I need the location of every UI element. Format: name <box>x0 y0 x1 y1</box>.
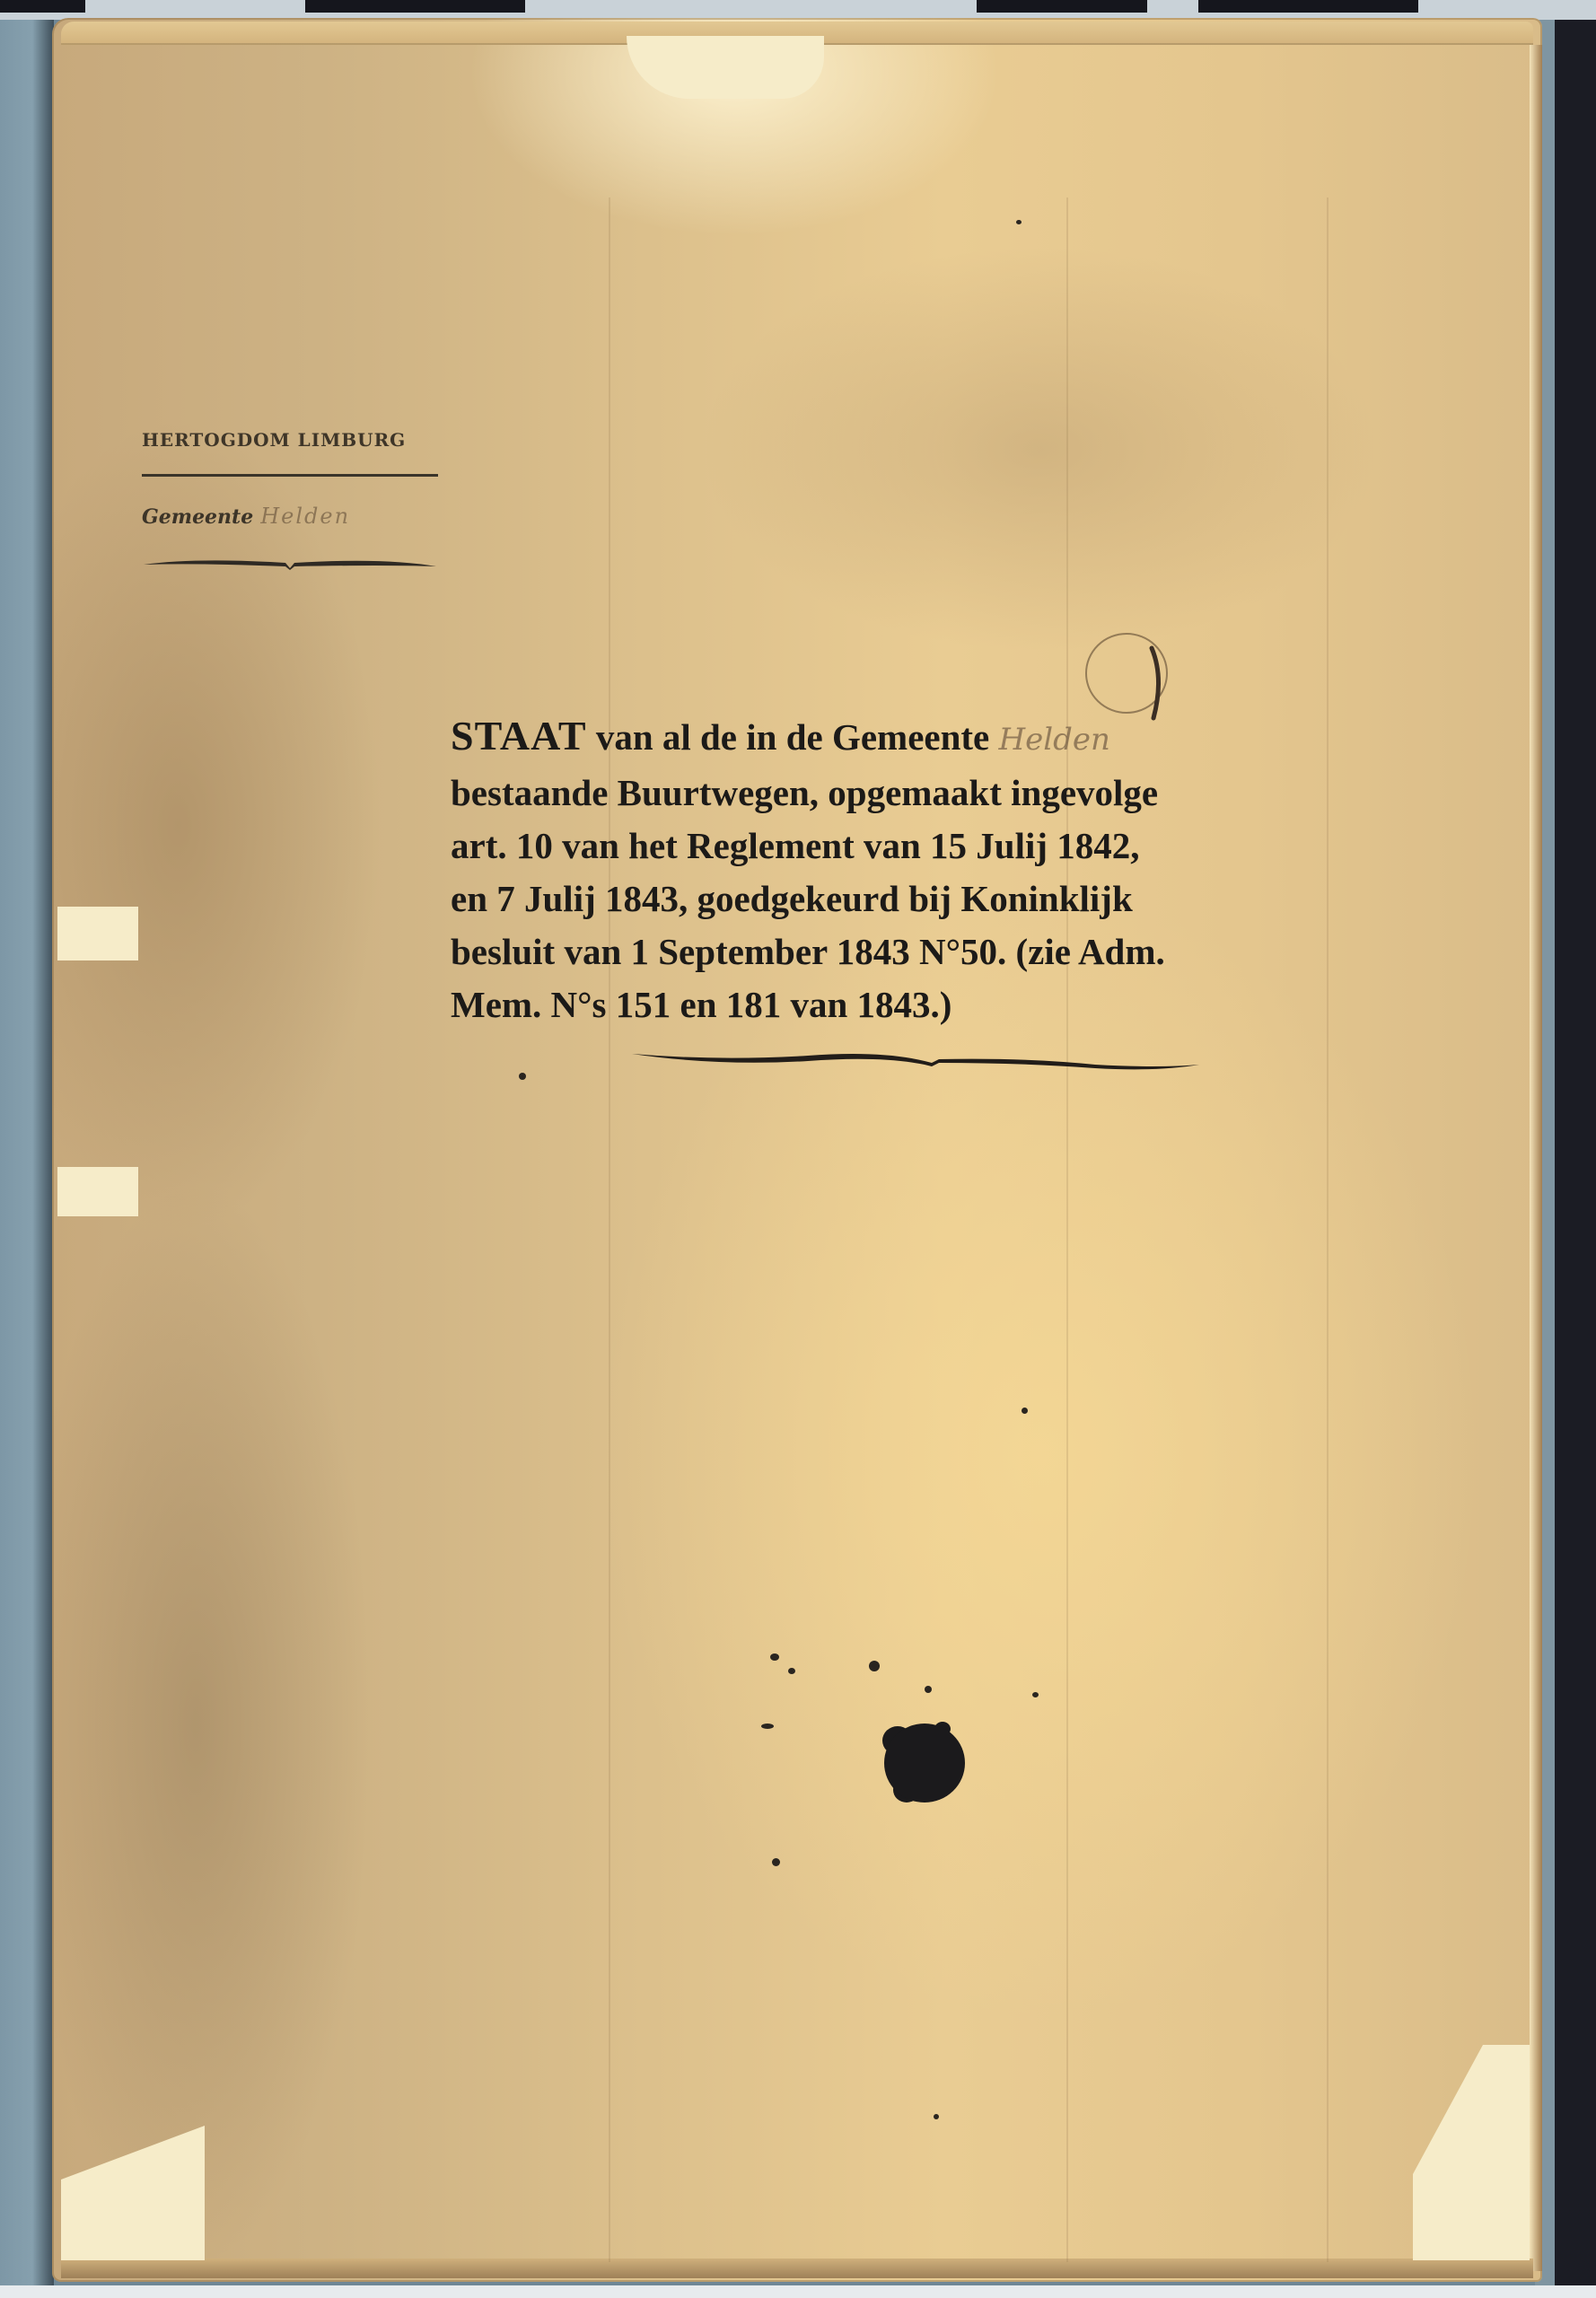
ink-speck <box>788 1668 795 1674</box>
ink-speck <box>770 1653 779 1661</box>
scanner-backdrop-bottom <box>0 2285 1596 2298</box>
ink-speck <box>869 1661 880 1671</box>
title-line-3: art. 10 van het Reglement van 15 Julij 1… <box>451 820 1411 873</box>
scanner-backdrop-right <box>1555 20 1596 2298</box>
title-block: STAAT van al de in de Gemeente Helden be… <box>451 709 1411 1031</box>
ink-speck <box>761 1723 774 1729</box>
title-line-2: bestaande Buurtwegen, opgemaakt ingevolg… <box>451 767 1411 820</box>
paper-repair-left-2 <box>57 1167 138 1216</box>
paper-damage-top <box>627 36 824 99</box>
title-line-6: Mem. N°s 151 en 181 van 1843.) <box>451 978 1411 1031</box>
paper-damage-bottom-left <box>61 2126 205 2260</box>
ink-speck <box>1022 1408 1028 1414</box>
document-page <box>52 18 1542 2282</box>
municipality-label: Gemeente <box>142 505 253 529</box>
paper-fold-line <box>1066 197 1068 2262</box>
title-municipality-handwritten: Helden <box>999 722 1110 758</box>
title-line-4: en 7 Julij 1843, goedgekeurd bij Koninkl… <box>451 873 1411 925</box>
ink-speck <box>925 1686 932 1693</box>
ink-speck <box>1016 220 1022 224</box>
ink-speck <box>1032 1692 1039 1697</box>
ink-speck <box>934 2114 939 2119</box>
page-bottom-edge <box>61 2259 1533 2278</box>
ink-speck <box>519 1073 526 1080</box>
ink-speck <box>772 1858 780 1866</box>
title-line-5: besluit van 1 September 1843 N°50. (zie … <box>451 925 1411 978</box>
ink-blot <box>884 1723 965 1802</box>
title-lead-word: STAAT <box>451 713 587 759</box>
paper-damage-bottom-right <box>1413 2045 1530 2260</box>
header-block: HERTOGDOM LIMBURG Gemeente Helden <box>142 429 447 577</box>
title-ornament-icon <box>628 1041 1203 1077</box>
duchy-heading: HERTOGDOM LIMBURG <box>142 429 447 451</box>
title-line-1: STAAT van al de in de Gemeente Helden <box>451 709 1411 767</box>
title-line-1-text: van al de in de Gemeente <box>587 716 999 758</box>
municipality-row: Gemeente Helden <box>142 504 447 529</box>
paper-fold-line <box>609 197 610 2262</box>
paper-fold-line <box>1327 197 1329 2262</box>
scanner-color-bar <box>0 0 1596 20</box>
scanner-backdrop-left <box>0 20 54 2298</box>
page-right-edge <box>1530 45 1542 2271</box>
paper-repair-left-1 <box>57 907 138 960</box>
header-ornament-icon <box>142 556 438 574</box>
header-rule <box>142 474 438 477</box>
municipality-handwritten: Helden <box>260 504 350 529</box>
